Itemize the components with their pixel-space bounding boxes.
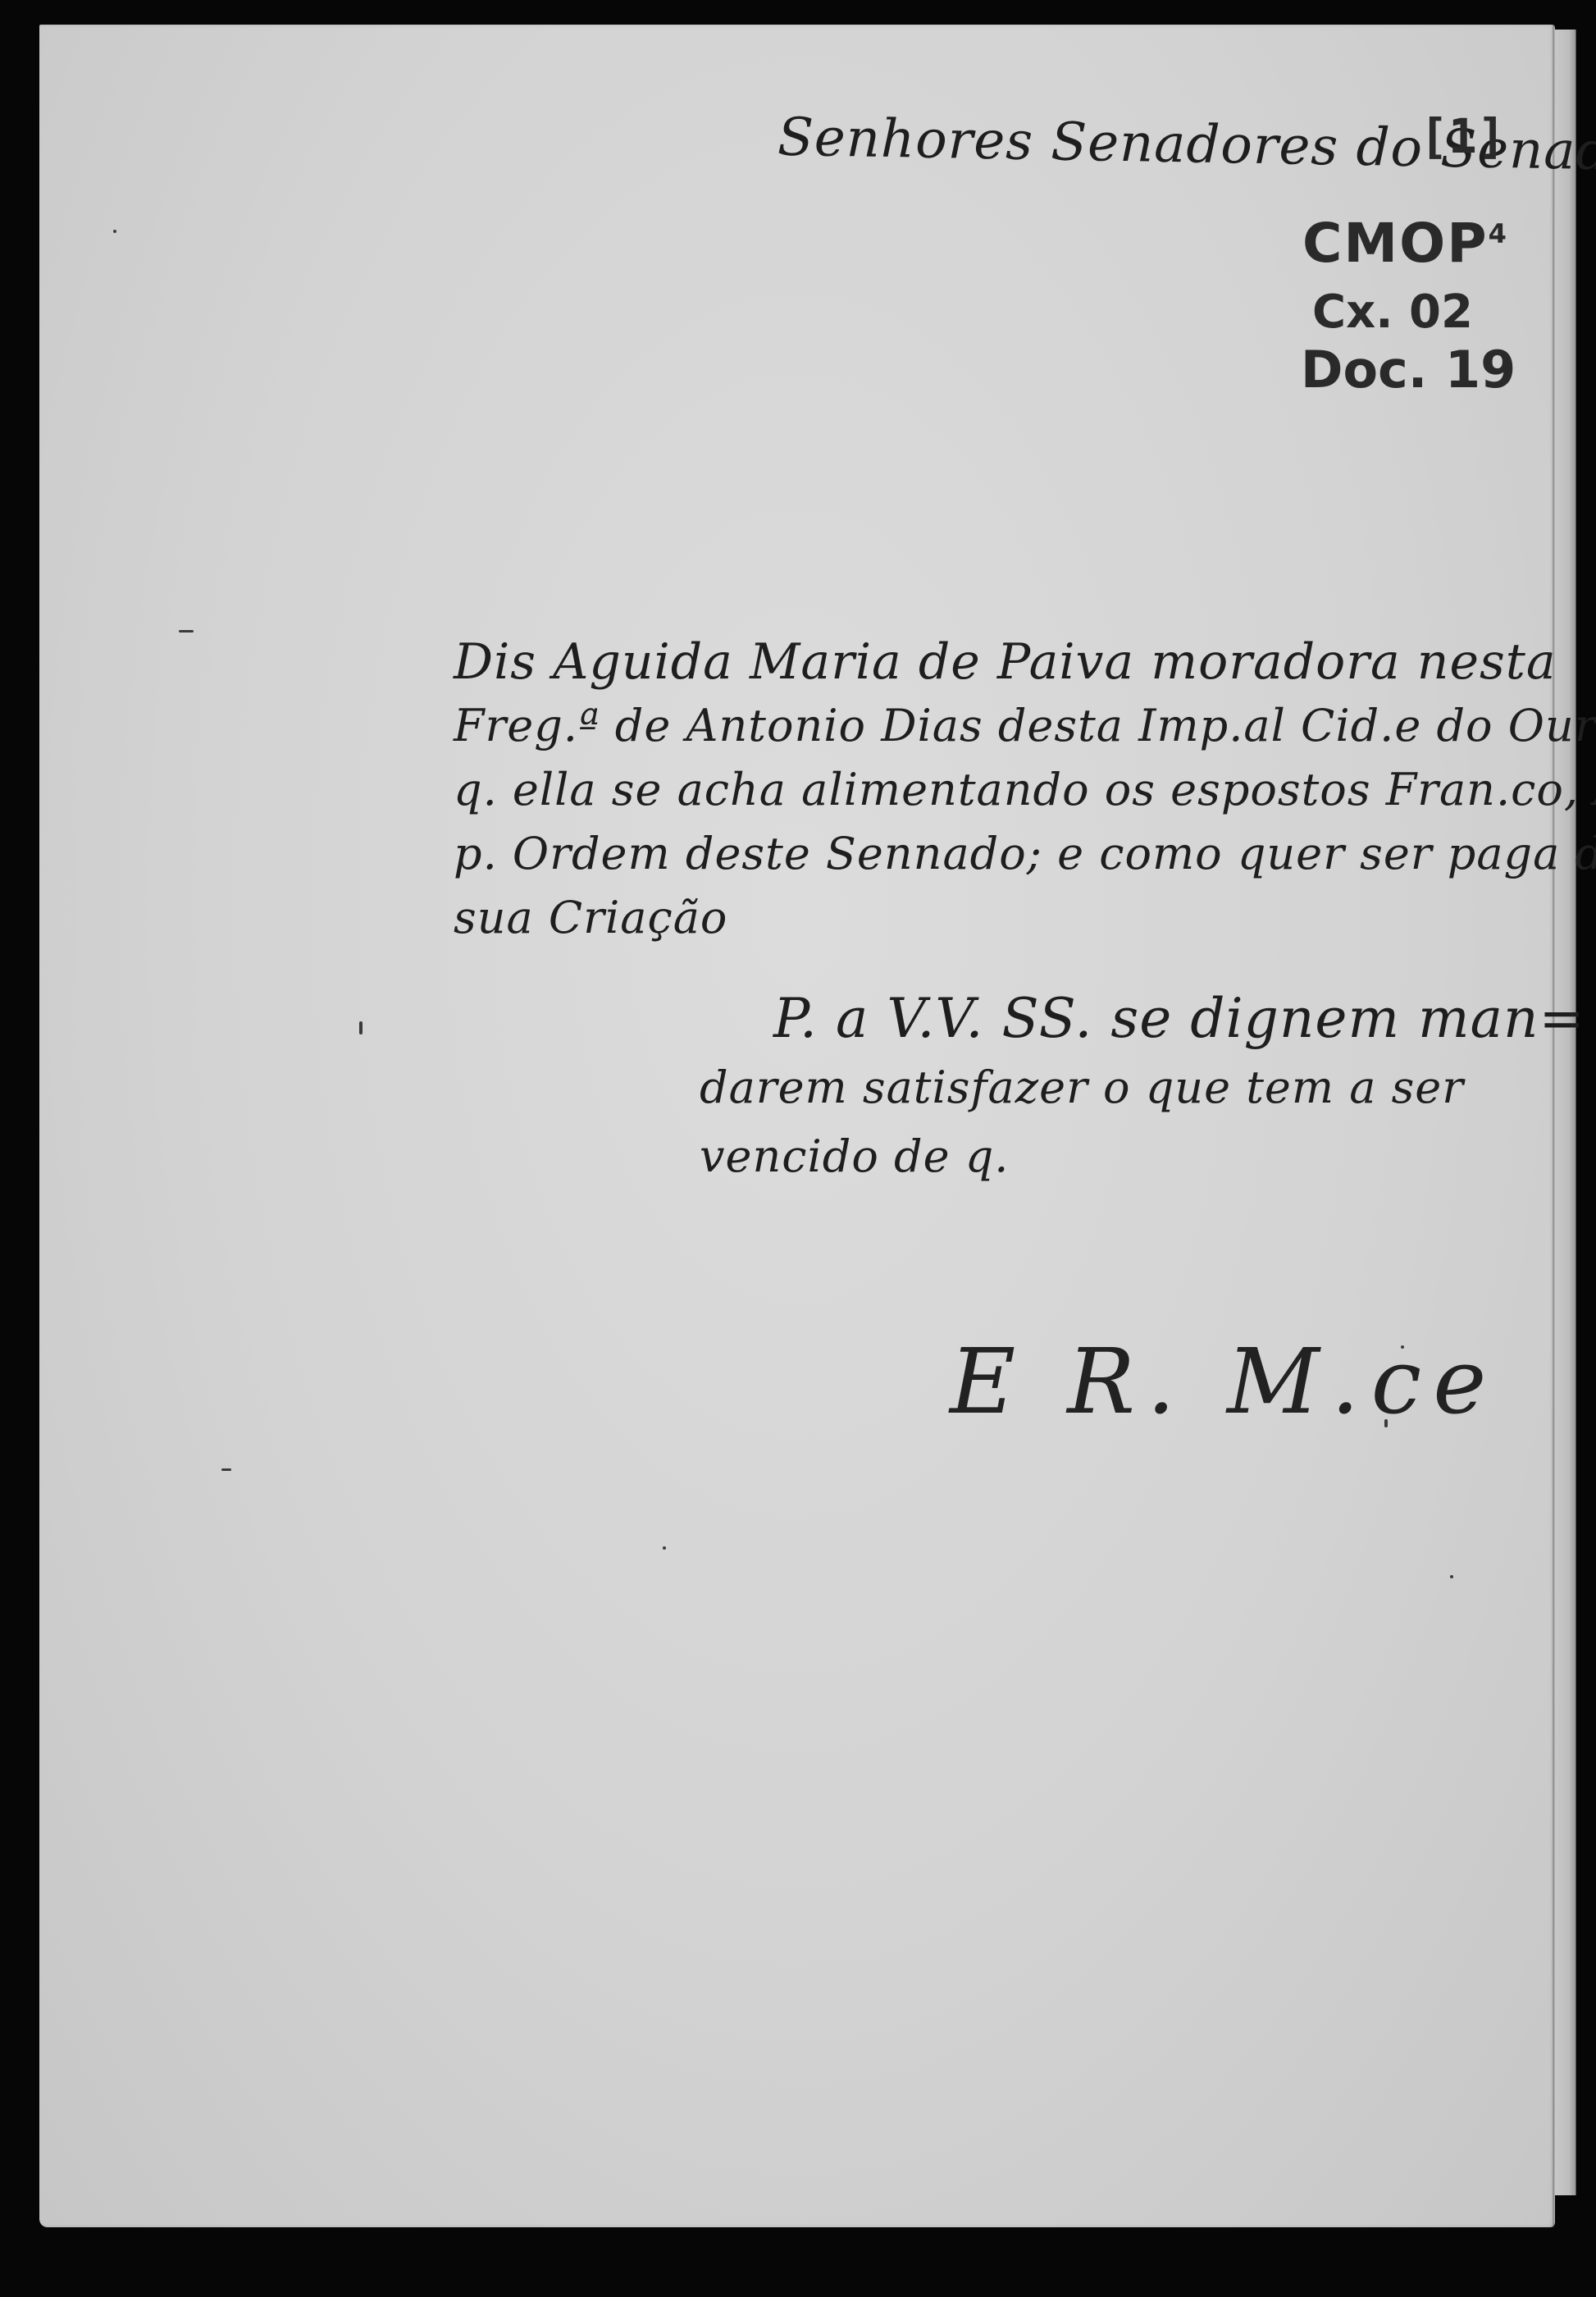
archive-collection-code: CMOP4 [1302, 212, 1508, 275]
manuscript-page: Senhores Senadores do Senado. [1] CMOP4 … [39, 25, 1555, 2227]
closing-formula: E R. M.ce [950, 1329, 1498, 1434]
body-line: q. ella se acha alimentando os espostos … [454, 758, 1553, 822]
petition-body: Dis Aguida Maria de Paiva moradora nesta… [454, 630, 1553, 950]
margin-mark [221, 1468, 231, 1471]
archive-box-number: Cx. 02 [1312, 285, 1473, 339]
request-line: P. a V.V. SS. se dignem man= [700, 984, 1585, 1053]
petition-request: P. a V.V. SS. se dignem man= darem satis… [700, 984, 1585, 1191]
ink-speck [663, 1546, 666, 1550]
margin-mark [179, 630, 194, 632]
ink-speck [1450, 1575, 1453, 1578]
body-line: p. Ordem deste Sennado; e como quer ser … [454, 822, 1553, 886]
ink-speck [113, 230, 116, 233]
request-line: vencido de q. [700, 1122, 1585, 1191]
body-line: Dis Aguida Maria de Paiva moradora nesta [454, 630, 1553, 694]
margin-mark [1384, 1419, 1388, 1427]
request-line: darem satisfazer o que tem a ser [700, 1053, 1585, 1122]
collection-superscript: 4 [1489, 218, 1508, 249]
archive-document-number: Doc. 19 [1301, 340, 1516, 400]
body-line: Freg.ª de Antonio Dias desta Imp.al Cid.… [454, 694, 1553, 758]
body-line: sua Criação [454, 886, 1553, 950]
margin-mark [359, 1021, 363, 1034]
collection-code-text: CMOP [1302, 212, 1489, 275]
folio-number: [1] [1420, 108, 1506, 164]
scanned-document: Senhores Senadores do Senado. [1] CMOP4 … [0, 0, 1596, 2297]
ink-speck [1401, 1345, 1404, 1349]
